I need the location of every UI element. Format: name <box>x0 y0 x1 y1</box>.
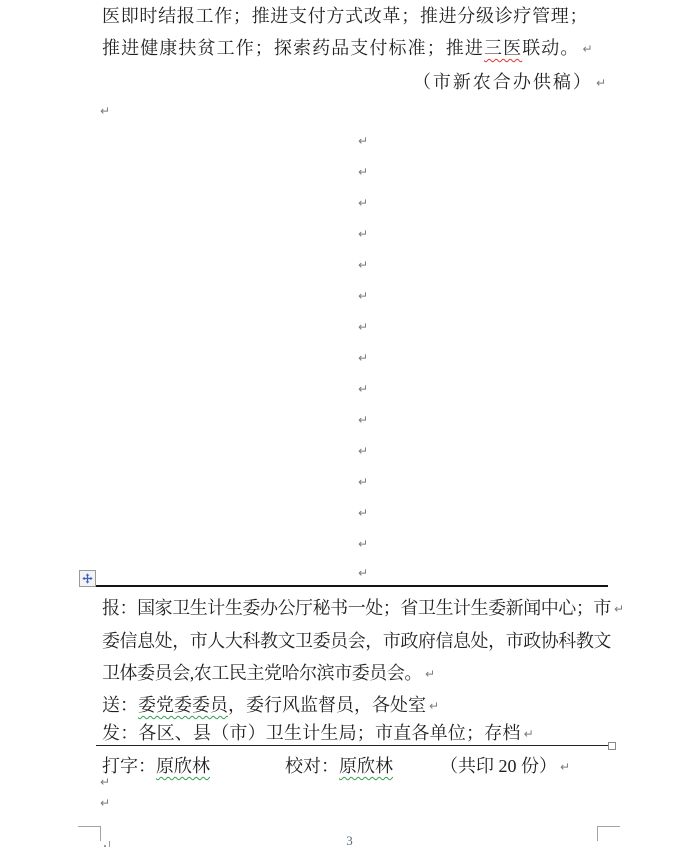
line-break-mark-icon: ↵ <box>614 602 624 616</box>
copies-text: （共印 20 份） <box>440 756 557 776</box>
report-text: 报：国家卫生计生委办公厅秘书一处；省卫生计生委新闻中心；市 <box>102 598 611 618</box>
body-text-line: 推进健康扶贫工作；探索药品支付标准；推进三医联动。↵ <box>102 37 594 59</box>
copies-note: （共印 20 份）↵ <box>440 755 570 777</box>
report-line: 委信息处，市人大科教文卫委员会，市政府信息处，市政协科教文 <box>102 630 611 652</box>
body-text: 推进健康扶贫工作；探索药品支付标准；推进 <box>102 38 484 58</box>
proofreader-name: 原欣林 <box>339 756 393 776</box>
body-text: 联动。 <box>522 38 579 58</box>
report-text: 卫体委员会,农工民主党哈尔滨市委员会。 <box>102 663 422 683</box>
paragraph-mark: ↵ <box>358 476 368 488</box>
paragraph-mark: ↵ <box>358 507 368 519</box>
paragraph-mark-icon: ↵ <box>425 667 435 681</box>
paragraph-mark: ↵ <box>358 383 368 395</box>
paragraph-mark: ↵ <box>358 445 368 457</box>
paragraph-mark: ↵ <box>358 197 368 209</box>
paragraph-mark: ↵ <box>358 135 368 147</box>
paragraph-mark: ↵ <box>100 776 110 788</box>
paragraph-mark-icon: ↵ <box>524 727 534 741</box>
typist-name: 原欣林 <box>156 756 210 776</box>
paragraph-mark-icon: ↵ <box>429 699 439 713</box>
paragraph-mark-icon: ↵ <box>596 76 608 90</box>
proofreader-field: 校对：原欣林 <box>285 755 393 777</box>
spellcheck-flagged-text: 三医 <box>484 38 522 58</box>
paragraph-mark: ↵ <box>358 166 368 178</box>
distribution-line: 发：各区、县（市）卫生计生局；市直各单位；存档↵ <box>102 722 534 744</box>
document-page: 医即时结报工作；推进支付方式改革；推进分级诊疗管理； 推进健康扶贫工作；探索药品… <box>0 0 699 861</box>
paragraph-mark-icon: ↵ <box>583 42 594 56</box>
paragraph-mark: ↵ <box>358 228 368 240</box>
separator-rule-thin <box>96 745 608 746</box>
paragraph-mark: ↵ <box>358 414 368 426</box>
body-text-line: 医即时结报工作；推进支付方式改革；推进分级诊疗管理； <box>102 5 588 27</box>
paragraph-mark: ↵ <box>100 105 110 117</box>
paragraph-mark-icon: ↵ <box>560 760 570 774</box>
paragraph-mark: ↵ <box>358 538 368 550</box>
send-text: ，委行风监督员，各处室 <box>228 695 426 715</box>
separator-rule-thick <box>96 585 608 587</box>
send-label: 送： <box>102 695 138 715</box>
proofreader-label: 校对： <box>285 756 339 776</box>
credit-line: （市新农合办供稿）↵ <box>102 71 608 93</box>
paragraph-mark: ↵ <box>358 290 368 302</box>
move-icon <box>82 573 93 584</box>
table-move-handle[interactable] <box>79 570 96 587</box>
paragraph-mark: ↵ <box>358 567 368 579</box>
table-resize-handle[interactable] <box>608 742 616 750</box>
credit-text: （市新农合办供稿） <box>413 72 593 92</box>
grammar-flagged-text: 委党委委员 <box>138 695 228 715</box>
typist-field: 打字：原欣林 <box>102 755 210 777</box>
paragraph-mark: ↵ <box>358 259 368 271</box>
typist-label: 打字： <box>102 756 156 776</box>
distribution-text: 发：各区、县（市）卫生计生局；市直各单位；存档 <box>102 723 521 743</box>
report-line: 报：国家卫生计生委办公厅秘书一处；省卫生计生委新闻中心；市↵ <box>102 597 624 619</box>
report-line: 卫体委员会,农工民主党哈尔滨市委员会。↵ <box>102 662 435 684</box>
paragraph-mark: ↵ <box>358 352 368 364</box>
send-line: 送：委党委委员，委行风监督员，各处室↵ <box>102 694 439 716</box>
page-number: 3 <box>0 833 699 849</box>
paragraph-mark: ↵ <box>358 321 368 333</box>
paragraph-mark: ↵ <box>100 797 110 809</box>
